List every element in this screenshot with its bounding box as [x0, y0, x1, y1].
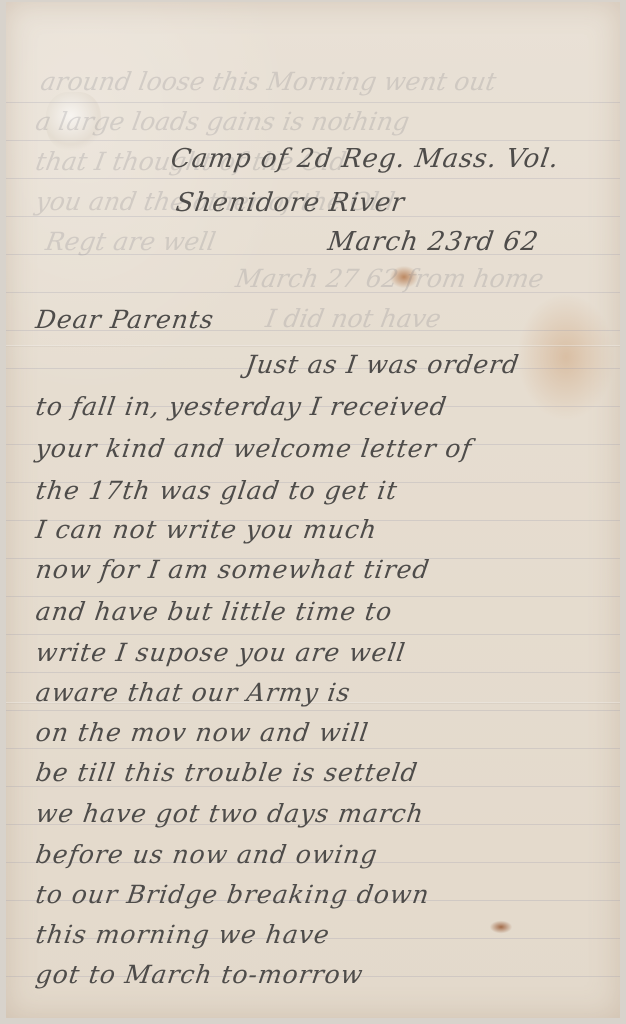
bleed-through-text: Regt are well	[43, 227, 218, 256]
ruled-line	[6, 634, 620, 635]
ruled-line	[6, 748, 620, 749]
letter-body-line: to fall in, yesterday I received	[34, 392, 449, 421]
bleed-through-text: I did not have	[263, 304, 443, 333]
ruled-line	[6, 140, 620, 141]
letter-heading-location: Shenidore River	[174, 188, 407, 218]
letter-body-line: we have got two days march	[34, 799, 426, 828]
bleed-through-text: a large loads gains is nothing	[33, 107, 411, 136]
letter-body-line: Just as I was orderd	[244, 350, 521, 379]
bleed-through-text: around loose this Morning went out	[38, 67, 498, 96]
bleed-through-text: March 27 62 from home	[233, 264, 546, 293]
ruled-line	[6, 672, 620, 673]
ruled-line	[6, 102, 620, 103]
letter-heading-date: March 23rd 62	[326, 227, 541, 257]
letter-body-line: got to March to-morrow	[34, 960, 365, 989]
letter-body-line: write I supose you are well	[34, 638, 408, 667]
letter-body-line: before us now and owing	[34, 840, 380, 869]
letter-body-line: your kind and welcome letter of	[34, 434, 474, 463]
letter-body-line: the 17th was glad to get it	[34, 476, 400, 505]
fold-crease	[6, 345, 620, 347]
ruled-line	[6, 178, 620, 179]
letter-heading-camp: Camp of 2d Reg. Mass. Vol.	[169, 144, 561, 174]
letter-body-line: to our Bridge breaking down	[34, 880, 432, 909]
letter-body-line: now for I am somewhat tired	[34, 555, 432, 584]
letter-body-line: be till this trouble is setteld	[34, 758, 420, 787]
letter-body-line: this morning we have	[34, 920, 332, 949]
letter-body-line: aware that our Army is	[34, 678, 353, 707]
letter-body-line: on the mov now and will	[34, 718, 371, 747]
ruled-line	[6, 710, 620, 711]
letter-page: around loose this Morning went out a lar…	[6, 2, 620, 1018]
letter-body-line: and have but little time to	[34, 597, 394, 626]
letter-body-line: I can not write you much	[34, 515, 379, 544]
letter-salutation: Dear Parents	[34, 305, 216, 334]
